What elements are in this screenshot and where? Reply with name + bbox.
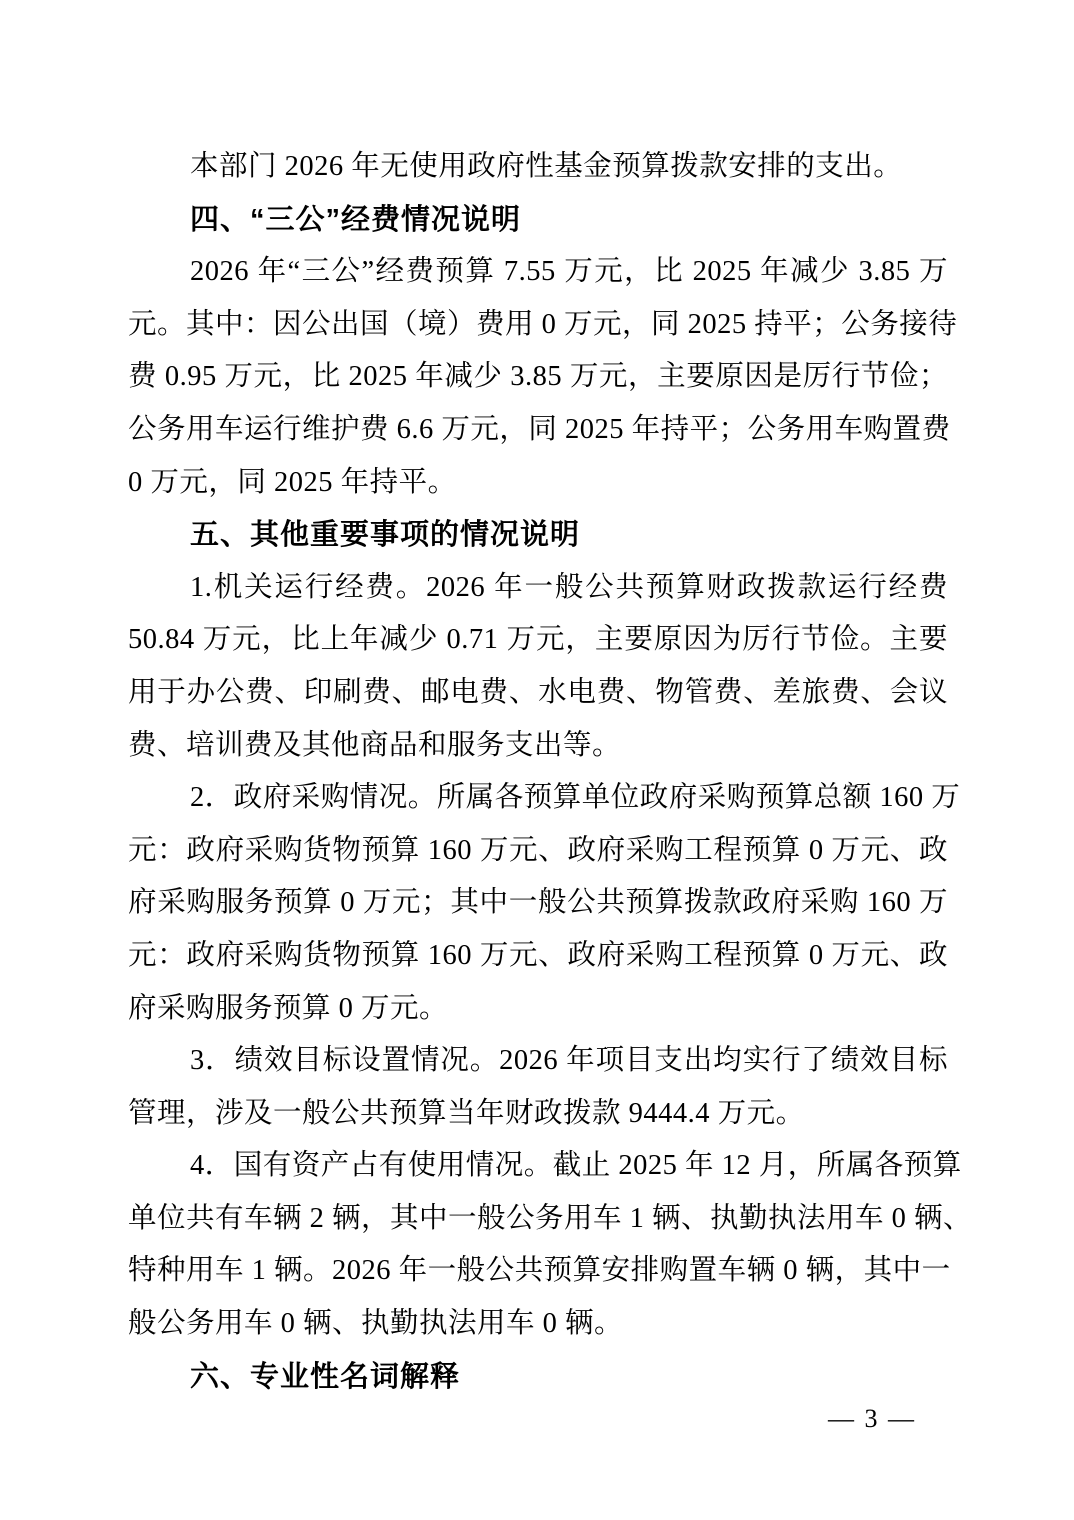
paragraph-line: 3．绩效目标设置情况。2026 年项目支出均实行了绩效目标 <box>128 1035 948 1088</box>
paragraph-line: 管理，涉及一般公共预算当年财政拨款 9444.4 万元。 <box>128 1088 948 1141</box>
document-body: 本部门 2026 年无使用政府性基金预算拨款安排的支出。 四、“三公”经费情况说… <box>128 141 948 1403</box>
paragraph-line: 本部门 2026 年无使用政府性基金预算拨款安排的支出。 <box>128 141 948 194</box>
document-page: 本部门 2026 年无使用政府性基金预算拨款安排的支出。 四、“三公”经费情况说… <box>0 0 1074 1520</box>
paragraph-line: 单位共有车辆 2 辆，其中一般公务用车 1 辆、执勤执法用车 0 辆、 <box>128 1193 948 1246</box>
paragraph-line: 4．国有资产占有使用情况。截止 2025 年 12 月，所属各预算 <box>128 1140 948 1193</box>
paragraph-line: 2．政府采购情况。所属各预算单位政府采购预算总额 160 万 <box>128 772 948 825</box>
paragraph-line: 费 0.95 万元，比 2025 年减少 3.85 万元，主要原因是厉行节俭； <box>128 351 948 404</box>
paragraph-line: 用于办公费、印刷费、邮电费、水电费、物管费、差旅费、会议 <box>128 667 948 720</box>
paragraph-line: 2026 年“三公”经费预算 7.55 万元，比 2025 年减少 3.85 万 <box>128 246 948 299</box>
paragraph-line: 50.84 万元，比上年减少 0.71 万元，主要原因为厉行节俭。主要 <box>128 614 948 667</box>
paragraph-line: 1.机关运行经费。2026 年一般公共预算财政拨款运行经费 <box>128 562 948 615</box>
paragraph-line: 0 万元，同 2025 年持平。 <box>128 457 948 510</box>
section-heading-five: 五、其他重要事项的情况说明 <box>128 509 948 562</box>
paragraph-line: 府采购服务预算 0 万元；其中一般公共预算拨款政府采购 160 万 <box>128 877 948 930</box>
paragraph-line: 般公务用车 0 辆、执勤执法用车 0 辆。 <box>128 1298 948 1351</box>
paragraph-line: 特种用车 1 辆。2026 年一般公共预算安排购置车辆 0 辆，其中一 <box>128 1245 948 1298</box>
section-heading-four: 四、“三公”经费情况说明 <box>128 194 948 247</box>
paragraph-line: 府采购服务预算 0 万元。 <box>128 983 948 1036</box>
paragraph-line: 公务用车运行维护费 6.6 万元，同 2025 年持平；公务用车购置费 <box>128 404 948 457</box>
paragraph-line: 元：政府采购货物预算 160 万元、政府采购工程预算 0 万元、政 <box>128 825 948 878</box>
paragraph-line: 元：政府采购货物预算 160 万元、政府采购工程预算 0 万元、政 <box>128 930 948 983</box>
section-heading-six: 六、专业性名词解释 <box>128 1351 948 1404</box>
paragraph-line: 费、培训费及其他商品和服务支出等。 <box>128 720 948 773</box>
paragraph-line: 元。其中：因公出国（境）费用 0 万元，同 2025 持平；公务接待 <box>128 299 948 352</box>
page-number: — 3 — <box>828 1404 916 1434</box>
